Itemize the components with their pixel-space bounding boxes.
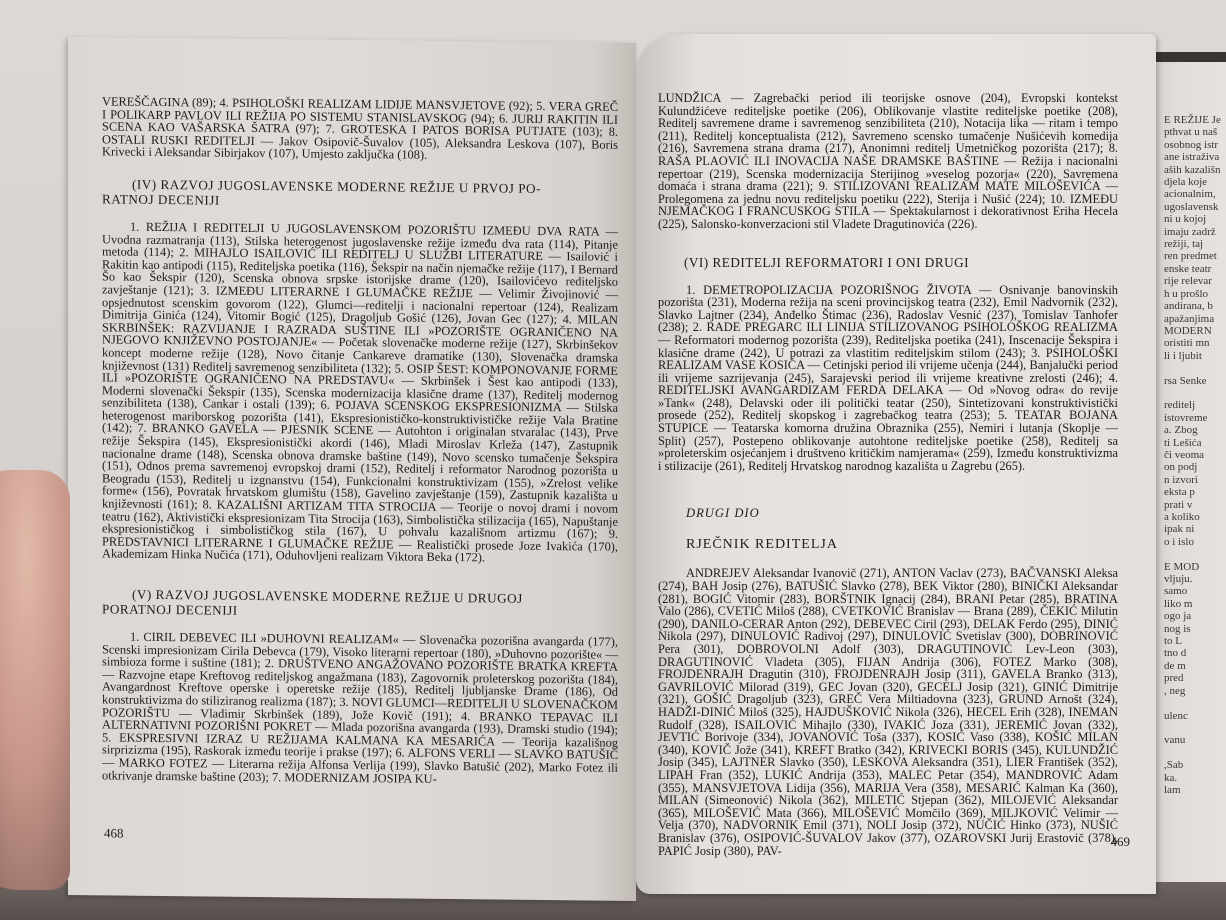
edge-text-fragment: li i ljubit	[1164, 350, 1226, 362]
section-v-body: 1. CIRIL DEBEVEC ILI »DUHOVNI REALIZAM« …	[102, 630, 618, 787]
edge-text-fragment	[1164, 747, 1226, 759]
edge-text-fragment: ,Sab	[1164, 759, 1226, 771]
edge-text-fragment: pthvat u naš	[1164, 126, 1226, 138]
edge-text-fragment: ugoslavensk	[1164, 201, 1226, 213]
edge-text-fragment	[1164, 362, 1226, 374]
section-iv-body: 1. REŽIJA I REDITELJI U JUGOSLAVENSKOM P…	[102, 220, 618, 565]
edge-text-fragment: de m	[1164, 660, 1226, 672]
page-number-left: 468	[104, 825, 124, 841]
edge-text-fragment: nog is	[1164, 623, 1226, 635]
edge-text-fragment: rsa Senke	[1164, 375, 1226, 387]
section-vi-title: (VI) REDITELJI REFORMATORI I ONI DRUGI	[684, 255, 1118, 270]
edge-text-fragment: aših kazališn	[1164, 164, 1226, 176]
edge-text-fragment: samo	[1164, 585, 1226, 597]
left-opening-paragraph: VEREŠČAGINA (89); 4. PSIHOLOŠKI REALIZAM…	[102, 95, 618, 163]
edge-text-fragment: n izvori	[1164, 474, 1226, 486]
dictionary-title: RJEČNIK REDITELJA	[686, 537, 1118, 553]
left-page: VEREŠČAGINA (89); 4. PSIHOLOŠKI REALIZAM…	[68, 37, 636, 901]
edge-text-fragment: lam	[1164, 784, 1226, 796]
edge-text-fragment: oristiti mn	[1164, 337, 1226, 349]
edge-text-fragment: imaju zadrž	[1164, 226, 1226, 238]
edge-text-fragment: ane istraživa	[1164, 151, 1226, 163]
edge-text-fragment: eksta p	[1164, 486, 1226, 498]
edge-text-fragment: apažanjima	[1164, 313, 1226, 325]
edge-text-fragment: E MOD	[1164, 561, 1226, 573]
edge-text-fragment	[1164, 697, 1226, 709]
part-two-label: DRUGI DIO	[686, 506, 1118, 521]
edge-text-fragment: ulenc	[1164, 710, 1226, 722]
edge-text-fragment	[1164, 722, 1226, 734]
section-iv-title: (IV) RAZVOJ JUGOSLAVENSKE MODERNE REŽIJE…	[102, 176, 618, 211]
edge-text-fragment: E REŽIJE Je	[1164, 114, 1226, 126]
page-number-right: 469	[1111, 834, 1131, 850]
edge-text-fragment: ipak ni	[1164, 523, 1226, 535]
edge-text-fragment: istovreme	[1164, 412, 1226, 424]
edge-text-fragment: ren predmet	[1164, 250, 1226, 262]
edge-text-fragment: či veoma	[1164, 449, 1226, 461]
edge-text-fragment: vljuju.	[1164, 573, 1226, 585]
edge-text-fragment: a. Zbog	[1164, 424, 1226, 436]
edge-text-fragment: režiji, taj	[1164, 238, 1226, 250]
edge-text-fragment: rije relevar	[1164, 275, 1226, 287]
edge-text-fragment: to L	[1164, 635, 1226, 647]
hand-holding-book	[0, 470, 70, 890]
edge-text-fragment: andirana, b	[1164, 300, 1226, 312]
next-page-edge: E REŽIJE Jepthvat u našosobnog istrane i…	[1156, 62, 1226, 882]
dictionary-body: ANDREJEV Aleksandar Ivanovič (271), ANTO…	[658, 567, 1118, 857]
edge-text-fragment: osobnog istr	[1164, 139, 1226, 151]
edge-text-fragment: acionalnim,	[1164, 188, 1226, 200]
edge-text-fragment: enske teatr	[1164, 263, 1226, 275]
edge-text-fragment: liko m	[1164, 598, 1226, 610]
edge-text-fragment: ka.	[1164, 772, 1226, 784]
edge-text-fragment: on podj	[1164, 461, 1226, 473]
edge-text-fragment: ti Lešića	[1164, 437, 1226, 449]
edge-text-fragment: djela koje	[1164, 176, 1226, 188]
right-opening-paragraph: LUNDŽICA — Zagrebački period ili teorijs…	[658, 92, 1118, 231]
edge-text-fragment: h u prošlo	[1164, 288, 1226, 300]
edge-text-fragment	[1164, 548, 1226, 560]
right-page: LUNDŽICA — Zagrebački period ili teorijs…	[636, 34, 1156, 894]
edge-text-fragment: tno d	[1164, 647, 1226, 659]
edge-text-fragment: reditelj	[1164, 399, 1226, 411]
edge-text-fragment: , neg	[1164, 685, 1226, 697]
edge-text-fragment: prati v	[1164, 499, 1226, 511]
edge-text-fragment	[1164, 387, 1226, 399]
edge-text-fragment: vanu	[1164, 734, 1226, 746]
section-v-title: (V) RAZVOJ JUGOSLAVENSKE MODERNE REŽIJE …	[102, 586, 618, 621]
edge-text-fragment: o i islo	[1164, 536, 1226, 548]
edge-text-fragment: ogo ja	[1164, 610, 1226, 622]
edge-text-fragment: ni u kojoj	[1164, 213, 1226, 225]
edge-text-fragment: a koliko	[1164, 511, 1226, 523]
section-vi-body: 1. DEMETROPOLIZACIJA POZORIŠNOG ŽIVOTA —…	[658, 284, 1118, 473]
edge-text-fragment: pred	[1164, 672, 1226, 684]
edge-text-fragment: MODERN	[1164, 325, 1226, 337]
